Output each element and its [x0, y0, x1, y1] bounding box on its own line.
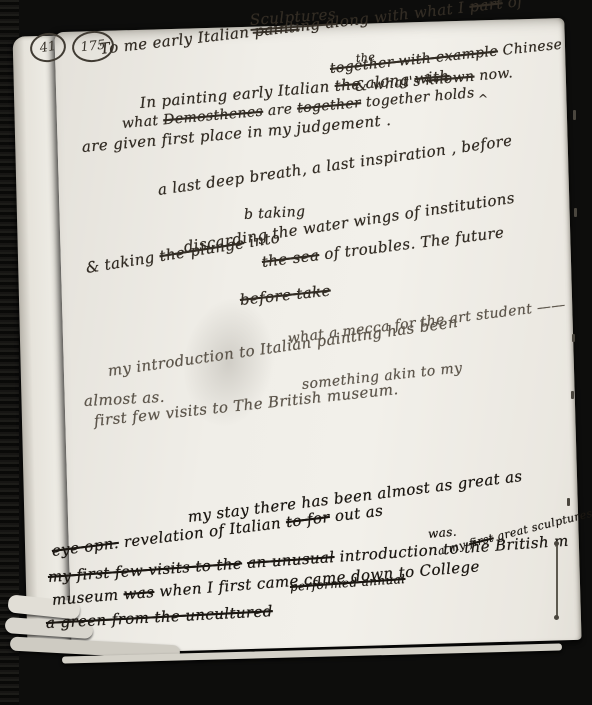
caret-mark: ^ [478, 93, 488, 105]
struck-text: with [414, 67, 450, 88]
folio-number-left-text: 41 [39, 39, 58, 56]
handwritten-text: now. [474, 65, 514, 84]
handwritten-text: are [262, 101, 297, 120]
manuscript-photo: 41 175 Sculptures To me early Italian pa… [0, 0, 592, 705]
ink-mark [571, 391, 574, 399]
handwritten-text: of [502, 0, 524, 12]
struck-text: was [123, 583, 155, 603]
ink-mark [567, 498, 570, 506]
struck-text: part [468, 0, 503, 16]
scratch-mark [556, 545, 558, 617]
handwritten-text: ^ [478, 92, 488, 106]
struck-text: the [334, 75, 361, 95]
manuscript-insert: b taking [244, 205, 306, 222]
ink-mark [574, 208, 577, 217]
ink-mark [572, 334, 575, 342]
manuscript-insert: was. [427, 525, 457, 539]
handwritten-text: was. [427, 524, 457, 540]
ink-mark [573, 110, 576, 120]
